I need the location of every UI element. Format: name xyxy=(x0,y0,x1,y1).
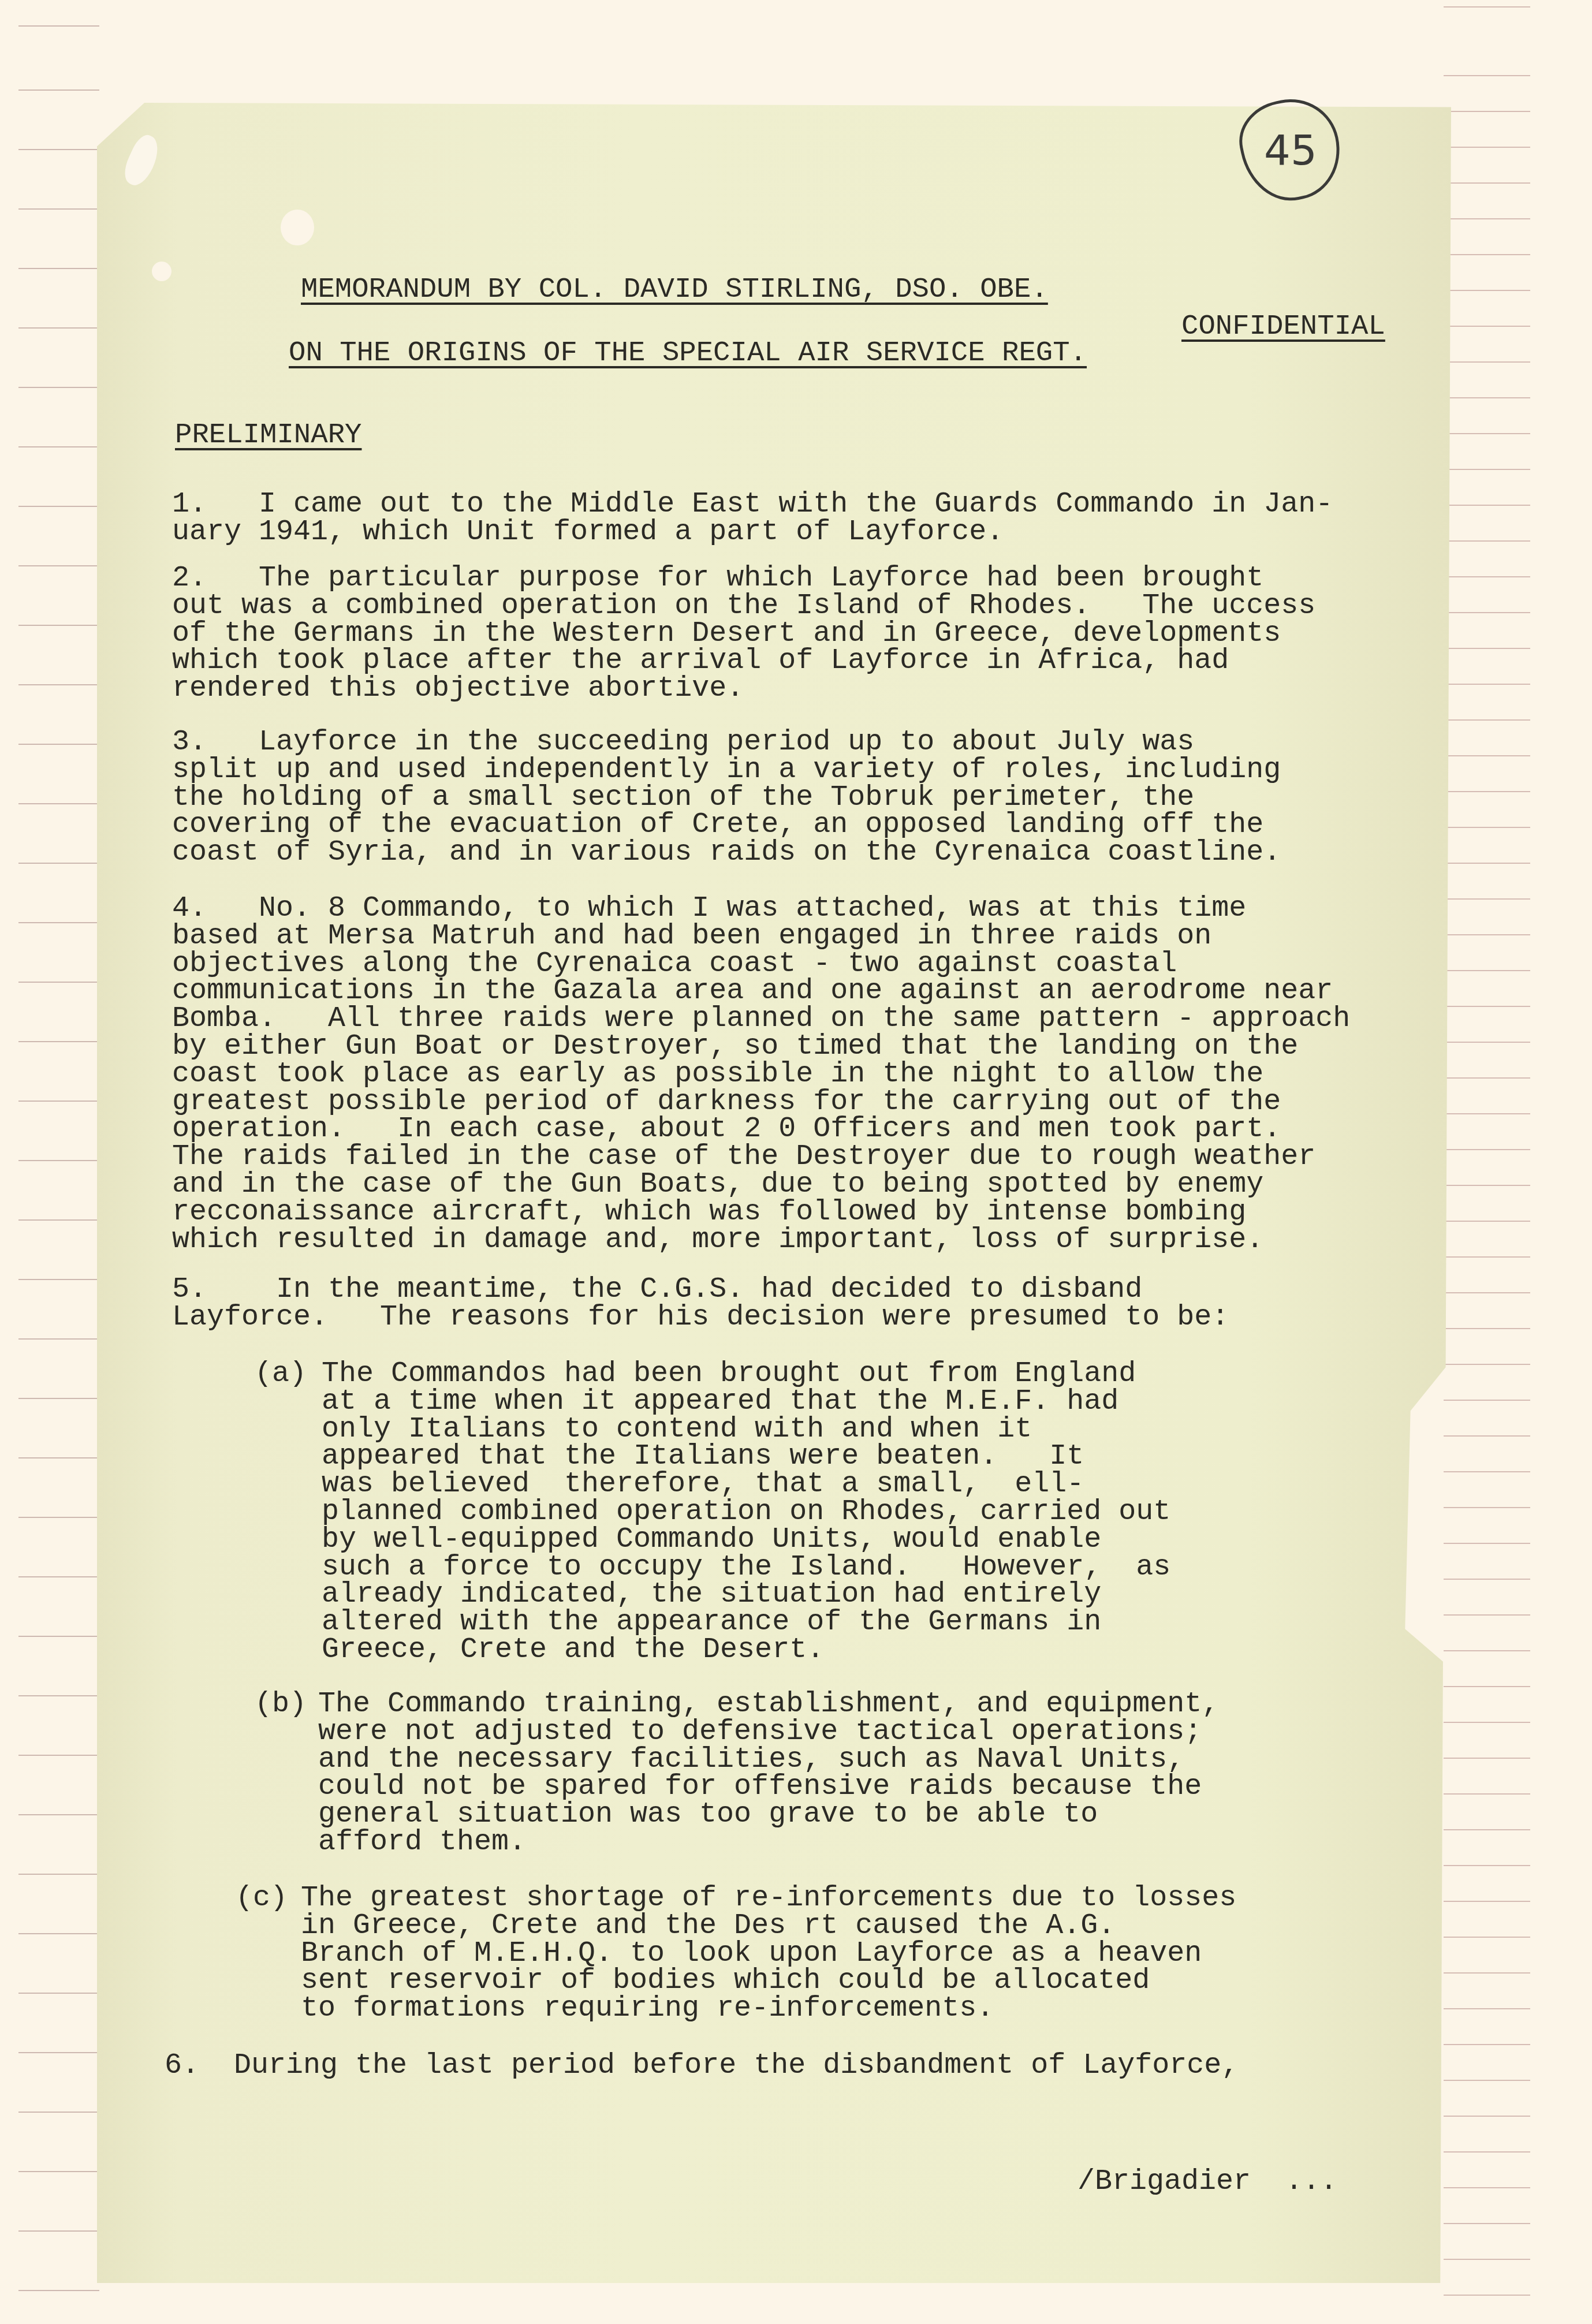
text-line: which resulted in damage and, more impor… xyxy=(172,1226,1350,1254)
document-title-line-1: MEMORANDUM BY COL. DAVID STIRLING, DSO. … xyxy=(301,276,1048,304)
text-line: such a force to occupy the Island. Howev… xyxy=(322,1554,1170,1581)
sub-item-label-a: (a) xyxy=(255,1360,307,1388)
text-line: The greatest shortage of re-inforcements… xyxy=(301,1885,1236,1912)
text-line: out was a combined operation on the Isla… xyxy=(172,592,1315,620)
text-line: rendered this objective abortive. xyxy=(172,675,1315,703)
text-line: greatest possible period of darkness for… xyxy=(172,1088,1350,1116)
paragraph-4: 4. No. 8 Commando, to which I was attach… xyxy=(172,895,1350,1254)
text-line: only Italians to contend with and when i… xyxy=(322,1416,1170,1443)
paragraph-5: 5. In the meantime, the C.G.S. had decid… xyxy=(172,1276,1229,1331)
text-line: planned combined operation on Rhodes, ca… xyxy=(322,1498,1170,1526)
text-line: in Greece, Crete and the Des rt caused t… xyxy=(301,1912,1236,1940)
paragraph-2: 2. The particular purpose for which Layf… xyxy=(172,565,1315,703)
sub-item-c: The greatest shortage of re-inforcements… xyxy=(301,1885,1236,2023)
text-line: altered with the appearance of the Germa… xyxy=(322,1609,1170,1636)
text-line: communications in the Gazala area and on… xyxy=(172,978,1350,1005)
text-line: general situation was too grave to be ab… xyxy=(318,1801,1219,1829)
text-line: recconaissance aircraft, which was follo… xyxy=(172,1199,1350,1226)
sub-item-a: The Commandos had been brought out from … xyxy=(322,1360,1170,1664)
punch-hole xyxy=(281,210,314,245)
text-line: covering of the evacuation of Crete, an … xyxy=(172,811,1281,839)
corner-tear xyxy=(119,132,165,190)
sub-item-label-c: (c) xyxy=(236,1885,288,1912)
paragraph-1: 1. I came out to the Middle East with th… xyxy=(172,491,1333,546)
text-line: The Commandos had been brought out from … xyxy=(322,1360,1170,1388)
text-line: by either Gun Boat or Destroyer, so time… xyxy=(172,1033,1350,1061)
sub-item-b: The Commando training, establishment, an… xyxy=(318,1691,1219,1856)
paragraph-3: 3. Layforce in the succeeding period up … xyxy=(172,729,1281,867)
text-line: was believed therefore, that a small, el… xyxy=(322,1471,1170,1498)
sub-item-label-b: (b) xyxy=(255,1691,307,1718)
backing-sheet-ruled-lines-left xyxy=(18,0,99,2324)
text-line: were not adjusted to defensive tactical … xyxy=(318,1718,1219,1746)
text-line: operation. In each case, about 2 0 Offic… xyxy=(172,1116,1350,1143)
text-line: appeared that the Italians were beaten. … xyxy=(322,1443,1170,1471)
section-heading: PRELIMINARY xyxy=(175,421,361,449)
classification-label: CONFIDENTIAL xyxy=(1181,313,1385,341)
text-line: at a time when it appeared that the M.E.… xyxy=(322,1388,1170,1416)
document-title-line-2: ON THE ORIGINS OF THE SPECIAL AIR SERVIC… xyxy=(289,340,1087,367)
text-line: objectives along the Cyrenaica coast - t… xyxy=(172,950,1350,978)
punch-hole xyxy=(152,262,171,281)
text-line: the holding of a small section of the To… xyxy=(172,784,1281,812)
text-line: uary 1941, which Unit formed a part of L… xyxy=(172,518,1333,546)
text-line: split up and used independently in a var… xyxy=(172,756,1281,784)
text-line: Branch of M.E.H.Q. to look upon Layforce… xyxy=(301,1940,1236,1968)
text-line: 1. I came out to the Middle East with th… xyxy=(172,491,1333,518)
text-line: coast of Syria, and in various raids on … xyxy=(172,839,1281,867)
text-line: 2. The particular purpose for which Layf… xyxy=(172,565,1315,592)
text-line: Bomba. All three raids were planned on t… xyxy=(172,1005,1350,1033)
paragraph-6: 6. During the last period before the dis… xyxy=(165,2052,1239,2080)
text-line: 4. No. 8 Commando, to which I was attach… xyxy=(172,895,1350,923)
text-line: already indicated, the situation had ent… xyxy=(322,1581,1170,1609)
text-line: 5. In the meantime, the C.G.S. had decid… xyxy=(172,1276,1229,1304)
text-line: afford them. xyxy=(318,1829,1219,1856)
text-line: by well-equipped Commando Units, would e… xyxy=(322,1526,1170,1554)
text-line: to formations requiring re-inforcements. xyxy=(301,1995,1236,2023)
text-line: Greece, Crete and the Desert. xyxy=(322,1636,1170,1664)
text-line: and in the case of the Gun Boats, due to… xyxy=(172,1171,1350,1199)
text-line: 3. Layforce in the succeeding period up … xyxy=(172,729,1281,756)
text-line: Layforce. The reasons for his decision w… xyxy=(172,1304,1229,1331)
text-line: which took place after the arrival of La… xyxy=(172,647,1315,675)
text-line: and the necessary facilities, such as Na… xyxy=(318,1746,1219,1774)
catchword: /Brigadier ... xyxy=(1078,2168,1337,2196)
text-line: could not be spared for offensive raids … xyxy=(318,1773,1219,1801)
text-line: of the Germans in the Western Desert and… xyxy=(172,620,1315,648)
text-line: The raids failed in the case of the Dest… xyxy=(172,1143,1350,1171)
text-line: based at Mersa Matruh and had been engag… xyxy=(172,923,1350,950)
text-line: sent reservoir of bodies which could be … xyxy=(301,1967,1236,1995)
text-line: The Commando training, establishment, an… xyxy=(318,1691,1219,1718)
backing-sheet-ruled-lines-right xyxy=(1444,0,1530,2324)
text-line: coast took place as early as possible in… xyxy=(172,1061,1350,1088)
